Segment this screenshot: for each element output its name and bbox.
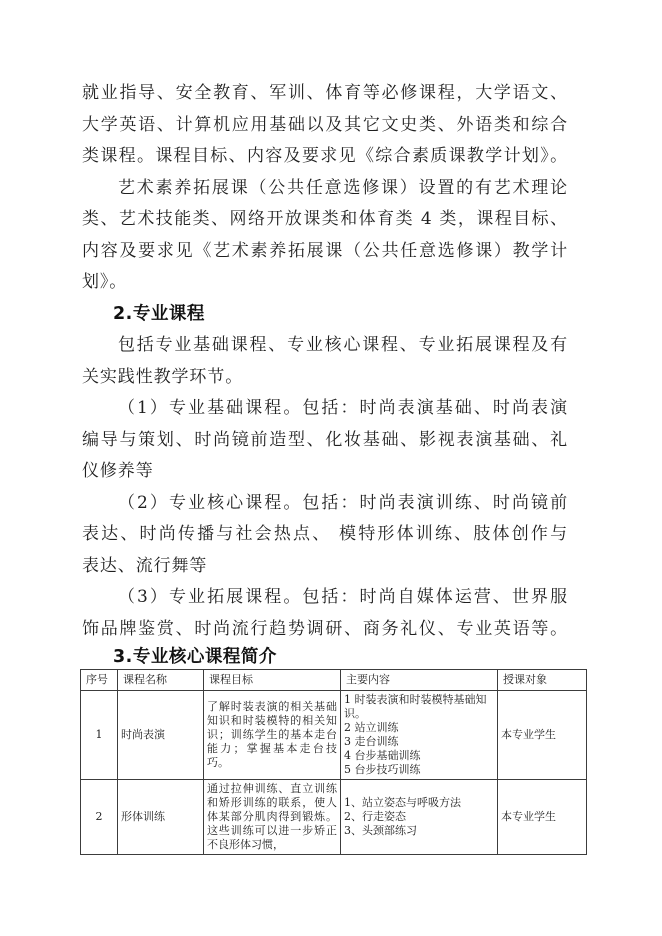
- section-heading-professional-courses: 2.专业课程: [82, 299, 568, 331]
- table-row: 1 时尚表演 了解时装表演的相关基础知识和时装模特的相关知识；训练学生的基本走台…: [81, 691, 587, 780]
- table-header-row: 序号 课程名称 课程目标 主要内容 授课对象: [81, 670, 587, 691]
- section-heading-core-course-intro: 3.专业核心课程简介: [82, 645, 568, 669]
- document-body: 就业指导、安全教育、军训、体育等必修课程，大学语文、 大学英语、计算机应用基础以…: [82, 78, 568, 669]
- text-line: 划》。: [82, 267, 568, 299]
- text-line: 类、艺术技能类、网络开放课类和体育类 4 类，课程目标、: [82, 204, 568, 236]
- text-line: 内容及要求见《艺术素养拓展课（公共任意选修课）教学计: [82, 236, 568, 268]
- header-cell-course-name: 课程名称: [118, 670, 204, 691]
- text-line: （1）专业基础课程。包括：时尚表演基础、时尚表演: [82, 393, 568, 425]
- text-line: 仪修养等: [82, 456, 568, 488]
- index-cell: 1: [81, 691, 118, 780]
- header-cell-main-content: 主要内容: [341, 670, 498, 691]
- course-goal-cell: 通过拉伸训练、直立训练和矫形训练的联系，使人体某部分肌肉得到锻炼。这些训练可以进…: [204, 780, 341, 855]
- text-line: 编导与策划、时尚镜前造型、化妆基础、影视表演基础、礼: [82, 425, 568, 457]
- text-line: （2）专业核心课程。包括：时尚表演训练、时尚镜前: [82, 488, 568, 520]
- courses-table: 序号 课程名称 课程目标 主要内容 授课对象 1 时尚表演 了解时装表演的相关基…: [80, 669, 587, 855]
- table-row: 2 形体训练 通过拉伸训练、直立训练和矫形训练的联系，使人体某部分肌肉得到锻炼。…: [81, 780, 587, 855]
- text-line: 饰品牌鉴赏、时尚流行趋势调研、商务礼仪、专业英语等。: [82, 614, 568, 646]
- text-line: 表达、时尚传播与社会热点、 模特形体训练、肢体创作与: [82, 519, 568, 551]
- text-line: 关实践性教学环节。: [82, 362, 568, 394]
- text-line: 表达、流行舞等: [82, 551, 568, 583]
- course-goal-cell: 了解时装表演的相关基础知识和时装模特的相关知识；训练学生的基本走台能力；掌握基本…: [204, 691, 341, 780]
- text-line: 包括专业基础课程、专业核心课程、专业拓展课程及有: [82, 330, 568, 362]
- text-line: 大学英语、计算机应用基础以及其它文史类、外语类和综合: [82, 110, 568, 142]
- audience-cell: 本专业学生: [498, 691, 587, 780]
- course-content-cell: 1 时装表演和时装模特基础知识。 2 站立训练 3 走台训练 4 台步基础训练 …: [341, 691, 498, 780]
- index-cell: 2: [81, 780, 118, 855]
- header-cell-course-goal: 课程目标: [204, 670, 341, 691]
- header-cell-index: 序号: [81, 670, 118, 691]
- text-line: 艺术素养拓展课（公共任意选修课）设置的有艺术理论: [82, 173, 568, 205]
- text-line: （3）专业拓展课程。包括：时尚自媒体运营、世界服: [82, 582, 568, 614]
- text-line: 类课程。课程目标、内容及要求见《综合素质课教学计划》。: [82, 141, 568, 173]
- text-line: 就业指导、安全教育、军训、体育等必修课程，大学语文、: [82, 78, 568, 110]
- audience-cell: 本专业学生: [498, 780, 587, 855]
- course-name-cell: 时尚表演: [118, 691, 204, 780]
- course-content-cell: 1、站立姿态与呼吸方法 2、行走姿态 3、头颈部练习: [341, 780, 498, 855]
- course-name-cell: 形体训练: [118, 780, 204, 855]
- document-page: 就业指导、安全教育、军训、体育等必修课程，大学语文、 大学英语、计算机应用基础以…: [0, 0, 662, 936]
- header-cell-audience: 授课对象: [498, 670, 587, 691]
